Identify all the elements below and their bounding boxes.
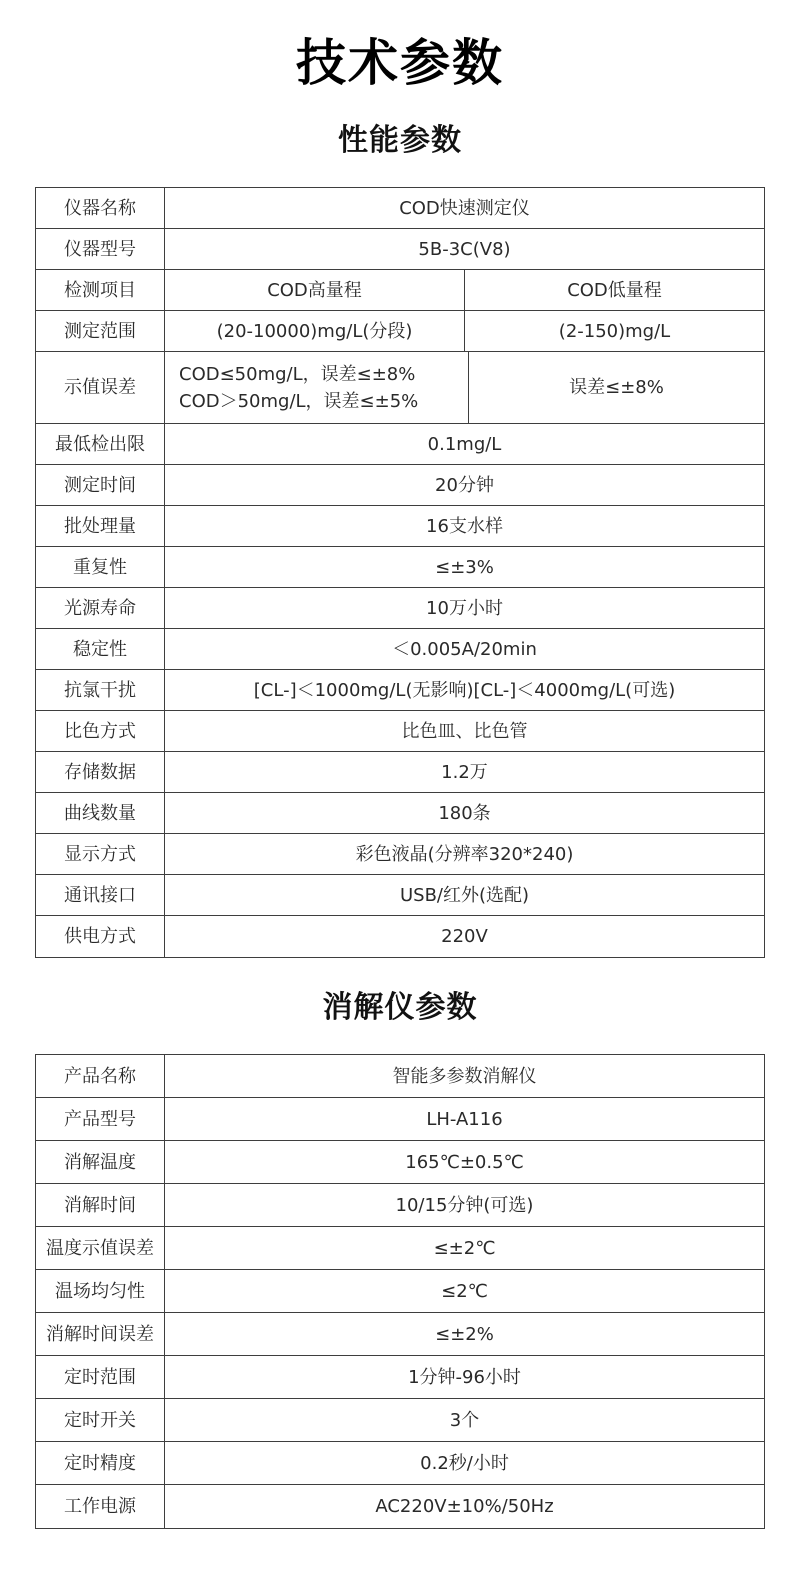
performance-table: 仪器名称COD快速测定仪仪器型号5B-3C(V8)检测项目COD高量程COD低量… <box>35 187 765 958</box>
row-label: 存储数据 <box>36 752 165 792</box>
row-value: 10万小时 <box>165 588 764 628</box>
table-row: 最低检出限0.1mg/L <box>36 424 764 465</box>
table-row: 产品型号LH-A116 <box>36 1098 764 1141</box>
table-row: 光源寿命10万小时 <box>36 588 764 629</box>
table-row: 示值误差COD≤50mg/L，误差≤±8% COD＞50mg/L，误差≤±5%误… <box>36 352 764 424</box>
row-value: COD高量程 <box>165 270 464 310</box>
row-label: 消解温度 <box>36 1141 165 1183</box>
table-row: 测定范围(20-10000)mg/L(分段)(2-150)mg/L <box>36 311 764 352</box>
table-row: 消解温度165℃±0.5℃ <box>36 1141 764 1184</box>
table-row: 供电方式220V <box>36 916 764 957</box>
row-value: 220V <box>165 916 764 957</box>
row-label: 通讯接口 <box>36 875 165 915</box>
row-label: 定时范围 <box>36 1356 165 1398</box>
row-label: 仪器型号 <box>36 229 165 269</box>
row-value: 1.2万 <box>165 752 764 792</box>
row-value: COD快速测定仪 <box>165 188 764 228</box>
row-value: 3个 <box>165 1399 764 1441</box>
row-label: 稳定性 <box>36 629 165 669</box>
row-label: 产品型号 <box>36 1098 165 1140</box>
row-label: 产品名称 <box>36 1055 165 1097</box>
row-value: 180条 <box>165 793 764 833</box>
row-label: 光源寿命 <box>36 588 165 628</box>
row-label: 重复性 <box>36 547 165 587</box>
row-value: 10/15分钟(可选) <box>165 1184 764 1226</box>
row-value: LH-A116 <box>165 1098 764 1140</box>
table-row: 定时精度0.2秒/小时 <box>36 1442 764 1485</box>
row-label: 温场均匀性 <box>36 1270 165 1312</box>
table-row: 比色方式比色皿、比色管 <box>36 711 764 752</box>
row-label: 测定范围 <box>36 311 165 351</box>
spec-page: 技术参数 性能参数 仪器名称COD快速测定仪仪器型号5B-3C(V8)检测项目C… <box>0 36 800 1569</box>
row-label: 供电方式 <box>36 916 165 957</box>
table-row: 显示方式彩色液晶(分辨率320*240) <box>36 834 764 875</box>
row-label: 检测项目 <box>36 270 165 310</box>
table-row: 仪器名称COD快速测定仪 <box>36 188 764 229</box>
row-value: (20-10000)mg/L(分段) <box>165 311 464 351</box>
table-row: 温场均匀性≤2℃ <box>36 1270 764 1313</box>
table-row: 定时开关3个 <box>36 1399 764 1442</box>
row-label: 示值误差 <box>36 352 165 423</box>
table-row: 仪器型号5B-3C(V8) <box>36 229 764 270</box>
table-row: 曲线数量180条 <box>36 793 764 834</box>
table-row: 产品名称智能多参数消解仪 <box>36 1055 764 1098</box>
row-label: 曲线数量 <box>36 793 165 833</box>
row-value: 彩色液晶(分辨率320*240) <box>165 834 764 874</box>
table-row: 存储数据1.2万 <box>36 752 764 793</box>
table-row: 通讯接口USB/红外(选配) <box>36 875 764 916</box>
row-value: [CL-]＜1000mg/L(无影响)[CL-]＜4000mg/L(可选) <box>165 670 764 710</box>
row-value: (2-150)mg/L <box>464 311 764 351</box>
row-value: 比色皿、比色管 <box>165 711 764 751</box>
row-label: 定时精度 <box>36 1442 165 1484</box>
row-value: USB/红外(选配) <box>165 875 764 915</box>
row-value: ≤±2% <box>165 1313 764 1355</box>
table-row: 定时范围1分钟-96小时 <box>36 1356 764 1399</box>
table-row: 工作电源AC220V±10%/50Hz <box>36 1485 764 1528</box>
row-value: COD低量程 <box>464 270 764 310</box>
row-label: 显示方式 <box>36 834 165 874</box>
row-label: 消解时间误差 <box>36 1313 165 1355</box>
digester-table: 产品名称智能多参数消解仪产品型号LH-A116消解温度165℃±0.5℃消解时间… <box>35 1054 765 1529</box>
page-title: 技术参数 <box>0 36 800 91</box>
row-label: 抗氯干扰 <box>36 670 165 710</box>
row-value: 16支水样 <box>165 506 764 546</box>
table-row: 重复性≤±3% <box>36 547 764 588</box>
row-value: 误差≤±8% <box>468 352 764 423</box>
table-row: 批处理量16支水样 <box>36 506 764 547</box>
row-value: 智能多参数消解仪 <box>165 1055 764 1097</box>
row-value: 20分钟 <box>165 465 764 505</box>
table-row: 测定时间20分钟 <box>36 465 764 506</box>
row-label: 批处理量 <box>36 506 165 546</box>
section-title-digester: 消解仪参数 <box>0 991 800 1024</box>
table-row: 温度示值误差≤±2℃ <box>36 1227 764 1270</box>
row-value: ＜0.005A/20min <box>165 629 764 669</box>
row-value: 5B-3C(V8) <box>165 229 764 269</box>
row-label: 定时开关 <box>36 1399 165 1441</box>
row-value: 165℃±0.5℃ <box>165 1141 764 1183</box>
row-value: 0.2秒/小时 <box>165 1442 764 1484</box>
row-value: ≤±3% <box>165 547 764 587</box>
table-row: 稳定性＜0.005A/20min <box>36 629 764 670</box>
row-label: 测定时间 <box>36 465 165 505</box>
row-value: ≤±2℃ <box>165 1227 764 1269</box>
row-value: ≤2℃ <box>165 1270 764 1312</box>
row-label: 最低检出限 <box>36 424 165 464</box>
row-value: COD≤50mg/L，误差≤±8% COD＞50mg/L，误差≤±5% <box>165 352 468 423</box>
table-row: 消解时间10/15分钟(可选) <box>36 1184 764 1227</box>
row-value: AC220V±10%/50Hz <box>165 1485 764 1528</box>
table-row: 检测项目COD高量程COD低量程 <box>36 270 764 311</box>
section-title-performance: 性能参数 <box>0 124 800 157</box>
row-label: 温度示值误差 <box>36 1227 165 1269</box>
table-row: 消解时间误差≤±2% <box>36 1313 764 1356</box>
row-value: 0.1mg/L <box>165 424 764 464</box>
table-row: 抗氯干扰[CL-]＜1000mg/L(无影响)[CL-]＜4000mg/L(可选… <box>36 670 764 711</box>
row-label: 消解时间 <box>36 1184 165 1226</box>
row-label: 比色方式 <box>36 711 165 751</box>
row-value: 1分钟-96小时 <box>165 1356 764 1398</box>
row-label: 工作电源 <box>36 1485 165 1528</box>
row-label: 仪器名称 <box>36 188 165 228</box>
